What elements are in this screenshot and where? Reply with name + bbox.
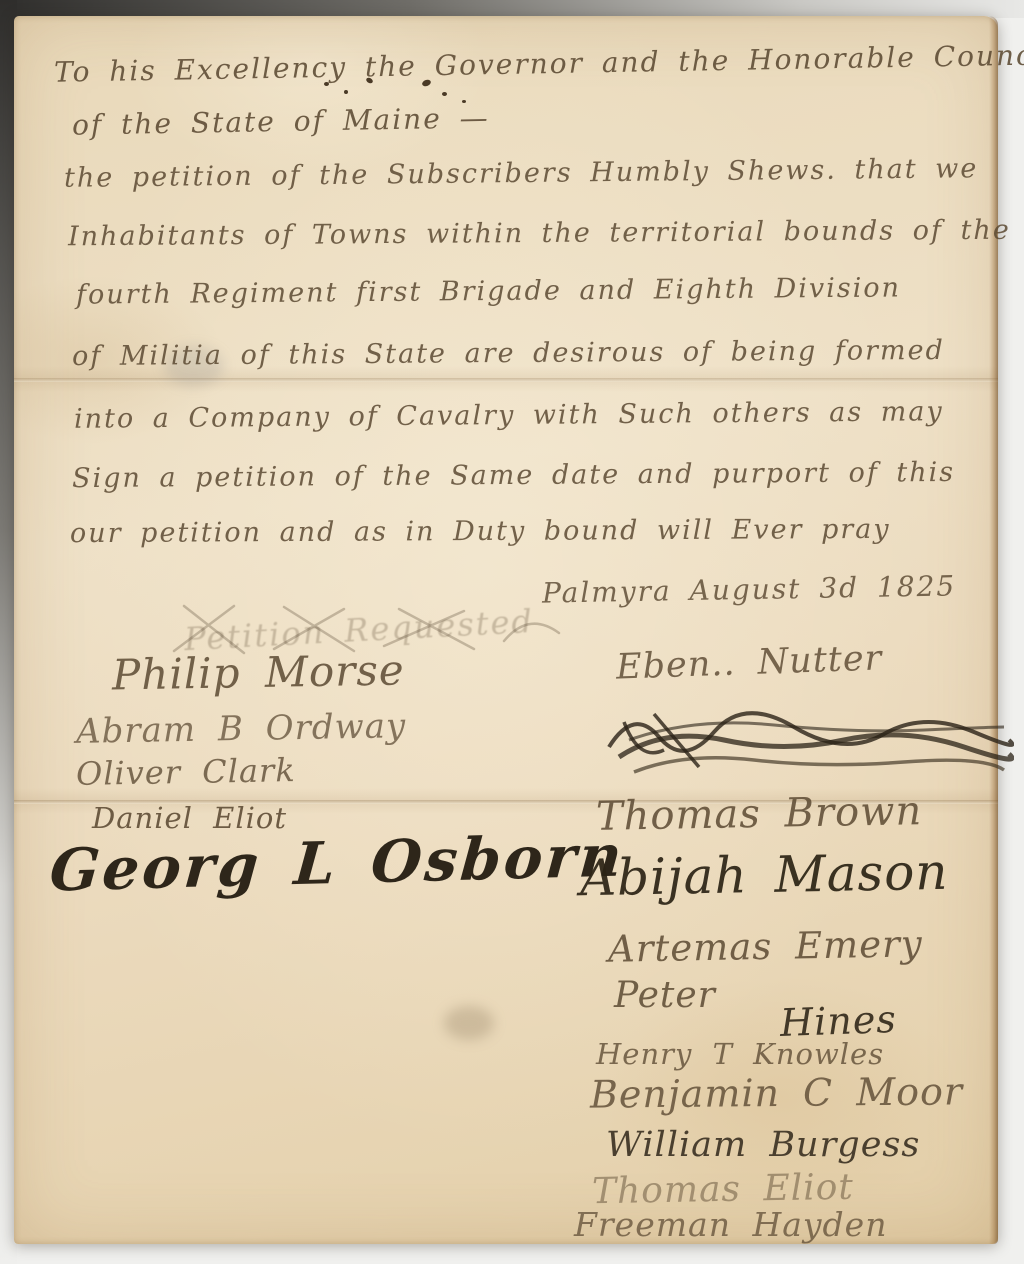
petition-document-page: To his Excellency the Governor and the H…	[14, 16, 998, 1244]
signature-peter-hines-first: Peter	[614, 978, 716, 1014]
signature-freeman-hayden: Freeman Hayden	[574, 1208, 887, 1241]
signature-artemas-emery: Artemas Emery	[608, 925, 923, 967]
body-line-4: of Militia of this State are desirous of…	[72, 337, 945, 370]
salutation-line-1: To his Excellency the Governor and the H…	[54, 41, 1024, 86]
body-line-5: into a Company of Cavalry with Such othe…	[74, 398, 944, 433]
signature-daniel-eliot: Daniel Eliot	[92, 804, 287, 833]
body-line-6: Sign a petition of the Same date and pur…	[72, 459, 955, 492]
body-line-3: fourth Regiment first Brigade and Eighth…	[76, 274, 901, 308]
signature-philip-morse: Philip Morse	[112, 649, 405, 696]
body-line-1: the petition of the Subscribers Humbly S…	[64, 155, 979, 192]
dateline: Palmyra August 3d 1825	[542, 572, 957, 607]
body-line-2: Inhabitants of Towns within the territor…	[68, 217, 1011, 251]
signature-thomas-brown: Thomas Brown	[596, 791, 923, 837]
signature-abijah-mason: Abijah Mason	[580, 847, 949, 903]
signature-oliver-clark: Oliver Clark	[76, 754, 296, 790]
page-right-edge	[989, 16, 998, 1244]
signature-eben-nutter: Eben.. Nutter	[615, 641, 882, 685]
crossed-out-signature-scribble	[604, 692, 1014, 792]
signature-abram-ordway: Abram B Ordway	[76, 709, 407, 749]
salutation-line-2: of the State of Maine —	[72, 104, 490, 139]
signature-henry-knowles: Henry T Knowles	[596, 1040, 884, 1069]
signature-george-osborn: Georg L Osborn	[48, 826, 627, 899]
signature-william-burgess: William Burgess	[606, 1128, 920, 1163]
stain-spot	[444, 1006, 494, 1040]
body-line-7: our petition and as in Duty bound will E…	[70, 516, 891, 547]
signature-peter-hines-last: Hines	[779, 1000, 897, 1042]
signature-benjamin-moor: Benjamin C Moor	[590, 1072, 963, 1113]
